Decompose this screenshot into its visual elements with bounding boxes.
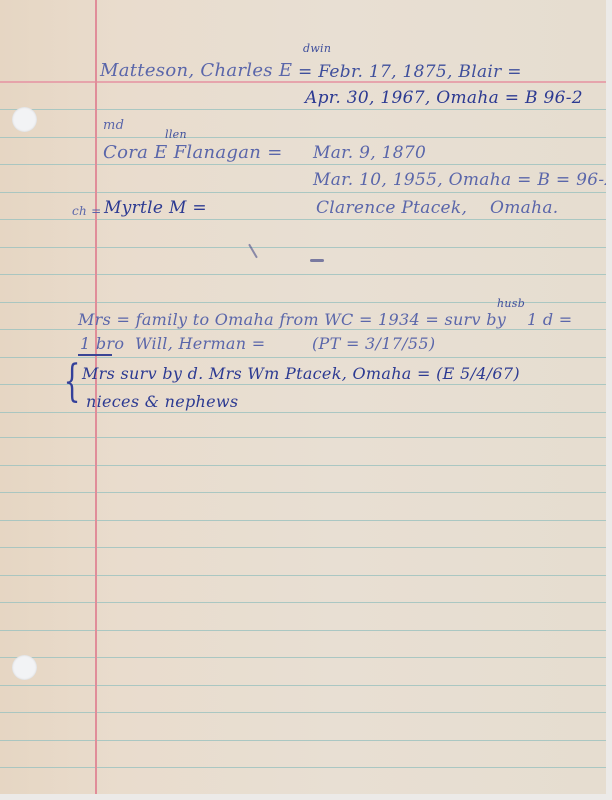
- spouse-name: Cora E Flanagan =: [103, 142, 283, 163]
- rule-line: [0, 137, 606, 138]
- rule-line: [0, 740, 606, 741]
- rule-line: [0, 712, 606, 713]
- stray-mark: [310, 259, 324, 262]
- spouse-name-insert: llen: [165, 128, 187, 141]
- rule-line: [0, 192, 606, 193]
- spouse-death: Mar. 10, 1955, Omaha = B = 96-2: [313, 170, 606, 190]
- rule-line: [0, 630, 606, 631]
- notebook-page: Matteson, Charles E dwin = Febr. 17, 187…: [0, 0, 606, 794]
- note-daughter: 1 d =: [527, 310, 573, 329]
- rule-line: [0, 465, 606, 466]
- child-spouse: Clarence Ptacek,: [316, 198, 467, 218]
- note-husband-insert: husb: [497, 297, 525, 310]
- rule-line: [0, 247, 606, 248]
- note-brothers: Will, Herman =: [135, 334, 265, 353]
- spouse-label: md: [103, 118, 124, 133]
- rule-line: [0, 685, 606, 686]
- husband-name-insert: dwin: [303, 42, 331, 55]
- child-name: Myrtle M =: [104, 198, 207, 218]
- bracket: {: [64, 360, 81, 404]
- rule-line: [0, 492, 606, 493]
- husband-birth: = Febr. 17, 1875, Blair =: [298, 62, 522, 82]
- note-survived-by: Mrs surv by d. Mrs Wm Ptacek, Omaha = (E…: [82, 364, 520, 383]
- rule-line: [0, 602, 606, 603]
- rule-line: [0, 547, 606, 548]
- spouse-birth: Mar. 9, 1870: [313, 143, 426, 163]
- stray-mark: [248, 244, 258, 259]
- rule-line: [0, 520, 606, 521]
- child-place: Omaha.: [490, 198, 558, 218]
- rule-line: [0, 384, 606, 385]
- child-label: ch =: [72, 204, 102, 218]
- brother-underline: [78, 354, 112, 356]
- punch-hole-bottom: [12, 655, 37, 680]
- rule-line: [0, 657, 606, 658]
- rule-line: [0, 219, 606, 220]
- rule-line: [0, 767, 606, 768]
- rule-line: [0, 575, 606, 576]
- rule-line: [0, 412, 606, 413]
- rule-line: [0, 109, 606, 110]
- rule-line: [0, 357, 606, 358]
- note-nieces-nephews: nieces & nephews: [86, 392, 238, 411]
- note-brothers-ref: (PT = 3/17/55): [312, 334, 435, 353]
- punch-hole-top: [12, 107, 37, 132]
- note-family-move: Mrs = family to Omaha from WC = 1934 = s…: [78, 310, 506, 329]
- husband-death: Apr. 30, 1967, Omaha = B 96-2: [305, 88, 583, 108]
- husband-name: Matteson, Charles E: [100, 60, 292, 81]
- rule-line: [0, 329, 606, 330]
- rule-line: [0, 164, 606, 165]
- rule-line: [0, 437, 606, 438]
- rule-line: [0, 274, 606, 275]
- note-brother-prefix: 1 bro: [80, 334, 124, 353]
